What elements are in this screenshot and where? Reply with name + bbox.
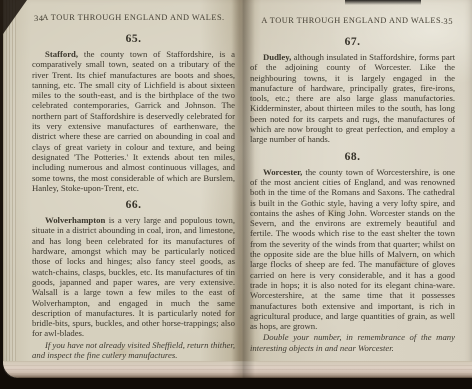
section-65-paragraph: Stafford, the county town of Staffordshi… xyxy=(32,49,235,193)
left-page-number: 34 xyxy=(34,13,44,23)
section-68-body: the county town of Worcestershire, is on… xyxy=(250,167,455,331)
section-68-paragraph: Worcester, the county town of Worcesters… xyxy=(250,167,455,332)
section-66-heading: 66. xyxy=(32,199,235,211)
section-65-lead: Stafford, xyxy=(45,49,78,59)
right-page-number: 35 xyxy=(443,16,453,26)
left-running-title: A TOUR THROUGH ENGLAND AND WALES. xyxy=(32,13,235,22)
left-traveller-note: If you have not already visited Sheffiel… xyxy=(32,340,235,361)
section-66-paragraph: Wolverhampton is a very large and populo… xyxy=(32,215,235,339)
section-66-body: is a very large and populous town, situa… xyxy=(32,215,235,338)
left-page: 34 A TOUR THROUGH ENGLAND AND WALES. 65.… xyxy=(32,0,235,368)
page-stack-edge-texture xyxy=(3,0,16,378)
right-traveller-note: Double your number, in remembrance of th… xyxy=(250,332,455,353)
section-67-heading: 67. xyxy=(250,36,455,48)
section-67-paragraph: Dudley, although insulated in Staffordsh… xyxy=(250,52,455,145)
section-65-heading: 65. xyxy=(32,33,235,45)
right-page: A TOUR THROUGH ENGLAND AND WALES. 35 67.… xyxy=(250,0,455,371)
section-68-lead: Worcester, xyxy=(263,167,302,177)
right-running-title: A TOUR THROUGH ENGLAND AND WALES. xyxy=(250,16,455,25)
section-67-lead: Dudley, xyxy=(263,52,291,62)
right-page-header: A TOUR THROUGH ENGLAND AND WALES. 35 xyxy=(250,16,455,27)
section-66-lead: Wolverhampton xyxy=(45,215,105,225)
section-65-body: the county town of Staffordshire, is a c… xyxy=(32,49,235,193)
book-photo: 34 A TOUR THROUGH ENGLAND AND WALES. 65.… xyxy=(0,0,472,389)
section-67-body: although insulated in Staffordshire, for… xyxy=(250,52,455,144)
top-edge-shadow xyxy=(345,0,421,5)
left-page-header: 34 A TOUR THROUGH ENGLAND AND WALES. xyxy=(32,13,235,24)
book-spread: 34 A TOUR THROUGH ENGLAND AND WALES. 65.… xyxy=(3,0,472,378)
section-68-heading: 68. xyxy=(250,151,455,163)
